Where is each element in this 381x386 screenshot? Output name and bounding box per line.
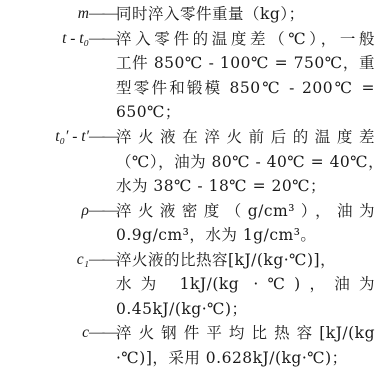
symbol-rho: ρ—— (82, 199, 116, 223)
definition-line: （℃），油为 80℃ - 40℃ = 40℃， (116, 150, 375, 174)
symbol-m: m—— (78, 2, 116, 26)
symbol-t-t0: t - t₀—— (62, 27, 116, 51)
definition-line: 650℃； (116, 100, 375, 124)
definition-line: 0.9g/cm³，水为 1g/cm³。 (116, 223, 375, 247)
definition-line: 淬入零件的温度差（℃），一般 (116, 27, 375, 51)
symbol-c1: c₁—— (77, 248, 116, 272)
definition-line: 水为 1kJ/(kg ·℃)，油为 (116, 272, 375, 296)
symbol-c: c—— (82, 321, 116, 345)
definition-line: ·℃)]，采用 0.628kJ/(kg·℃)； (116, 346, 375, 370)
definition-line: 水为 38℃ - 18℃ = 20℃； (116, 174, 375, 198)
definition-line: 淬火液密度（g/cm³），油为 (116, 199, 375, 223)
definition-line: 淬火钢件平均比热容[kJ/(kg (116, 321, 375, 345)
definition-line: 淬火液的比热容[kJ/(kg·℃)]， (116, 248, 375, 272)
document-page: m—— 同时淬入零件重量（kg）； t - t₀—— 淬入零件的温度差（℃），一… (0, 0, 381, 386)
definition-line: 型零件和锻模 850℃ - 200℃ = (116, 76, 375, 100)
definition-line: 淬火液在淬火前后的温度差 (116, 125, 375, 149)
definition-line: 同时淬入零件重量（kg）； (116, 2, 375, 26)
definition-line: 工件 850℃ - 100℃ = 750℃，重 (116, 51, 375, 75)
symbol-t0prime-tprime: t₀′ - t′—— (55, 125, 116, 149)
definition-line: 0.45kJ/(kg·℃)； (116, 297, 375, 321)
